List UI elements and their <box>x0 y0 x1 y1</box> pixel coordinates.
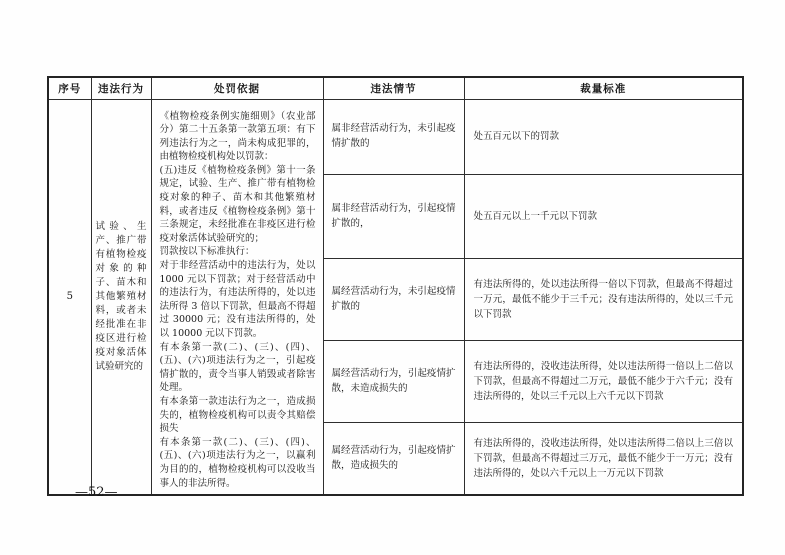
penalty-basis-paragraph: 有本条第一款违法行为之一，造成损失的，植物检疫机构可以责令其赔偿损失 <box>160 395 316 436</box>
penalty-basis-paragraph: 《植物检疫条例实施细则》（农业部分）第二十五条第一款第五项：有下列违法行为之一，… <box>160 110 316 164</box>
penalty-basis-paragraph: 罚款按以下标准执行： <box>160 245 316 259</box>
penalty-basis-paragraph: 有本条第一款(二)、(三)、(四)、(五)、(六)项违法行为之一，以赢利为目的的… <box>160 436 316 490</box>
circumstance-cell: 属经营活动行为，引起疫情扩散，造成损失的 <box>323 423 464 495</box>
serial-number-cell: 5 <box>48 99 91 495</box>
penalty-basis-paragraph: 对于非经营活动中的违法行为，处以 1000 元以下罚款；对于经营活动中的违法行为… <box>160 259 316 341</box>
col-header-discretion-standard: 裁量标准 <box>464 77 743 99</box>
col-header-violation-behavior: 违法行为 <box>91 77 151 99</box>
document-page: 序号 违法行为 处罚依据 违法情节 裁量标准 5 试验、生产、推广带有植物检疫对… <box>0 0 785 555</box>
standard-cell: 有违法所得的，没收违法所得，处以违法所得二倍以上三倍以下罚款，但最高不得超过三万… <box>464 423 743 495</box>
standard-cell: 有违法所得的，没收违法所得，处以违法所得一倍以上二倍以下罚款，但最高不得超过二万… <box>464 341 743 423</box>
standard-cell: 有违法所得的，处以违法所得一倍以下罚款，但最高不得超过一万元，最低不能少于三千元… <box>464 259 743 341</box>
circumstance-cell: 属经营活动行为，引起疫情扩散，未造成损失的 <box>323 341 464 423</box>
col-header-violation-circumstance: 违法情节 <box>323 77 464 99</box>
page-number: —52— <box>75 485 118 500</box>
violation-behavior-cell: 试验、生产、推广带有植物检疫对象的种子、苗木和其他繁殖材料，或者未经批准在非疫区… <box>91 99 151 495</box>
penalty-basis-paragraph: 有本条第一款(二)、(三)、(四)、(五)、(六)项违法行为之一，引起疫情扩散的… <box>160 341 316 395</box>
standard-cell: 处五百元以上一千元以下罚款 <box>464 174 743 258</box>
circumstance-cell: 属非经营活动行为，未引起疫情扩散的 <box>323 99 464 174</box>
penalty-basis-paragraph: (五)违反《植物检疫条例》第十一条规定，试验、生产、推广带有植物检疫对象的种子、… <box>160 164 316 246</box>
col-header-serial: 序号 <box>48 77 91 99</box>
standard-cell: 处五百元以下的罚款 <box>464 99 743 174</box>
circumstance-cell: 属非经营活动行为，引起疫情扩散的， <box>323 174 464 258</box>
col-header-penalty-basis: 处罚依据 <box>151 77 323 99</box>
table-row: 5 试验、生产、推广带有植物检疫对象的种子、苗木和其他繁殖材料，或者未经批准在非… <box>48 99 743 174</box>
circumstance-cell: 属经营活动行为，未引起疫情扩散的 <box>323 259 464 341</box>
penalty-basis-cell: 《植物检疫条例实施细则》（农业部分）第二十五条第一款第五项：有下列违法行为之一，… <box>151 99 323 495</box>
table-header-row: 序号 违法行为 处罚依据 违法情节 裁量标准 <box>48 77 743 99</box>
penalty-table: 序号 违法行为 处罚依据 违法情节 裁量标准 5 试验、生产、推广带有植物检疫对… <box>47 76 744 496</box>
